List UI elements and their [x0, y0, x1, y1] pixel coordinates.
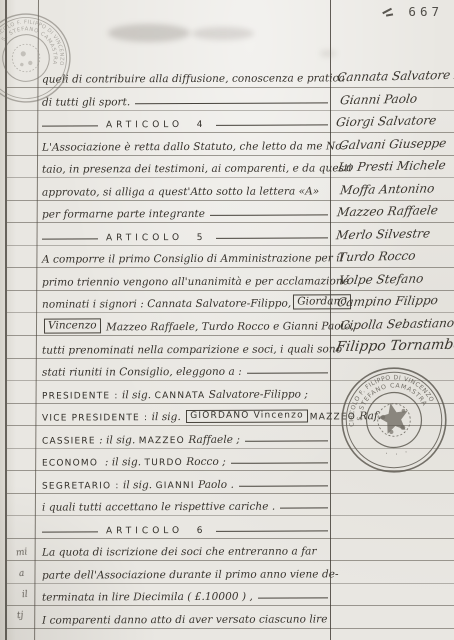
line-dash [42, 531, 98, 532]
line-text: Salvatore-Filippo ; [205, 388, 308, 400]
margin-signature: Gianni Paolo [338, 90, 454, 113]
line-text: parte dell'Associazione durante il primo… [42, 568, 339, 581]
line-text: I comparenti danno atto di aver versato … [42, 613, 328, 626]
margin-signature: Mazzeo Raffaele [335, 203, 454, 226]
stamp-emblem [8, 40, 45, 77]
line-text: Paolo . [195, 478, 234, 490]
document-line: taio, in presenza dei testimoni, ai comp… [42, 157, 330, 179]
document-line: ARTICOLO 5 [42, 224, 330, 246]
margin-signature: Volpe Stefano [337, 271, 454, 294]
line-dash [42, 238, 98, 239]
line-text: La quota di iscrizione dei soci che entr… [42, 546, 317, 559]
line-dash [216, 237, 328, 239]
faded-smudge [320, 50, 336, 57]
line-dash [135, 102, 328, 104]
document-line: PRESIDENTE : il sig. CANNATA Salvatore-F… [42, 382, 330, 404]
document-line: ECONOMO : il sig. TURDO Rocco ; [42, 450, 330, 472]
document-line: di tutti gli sport. [42, 89, 330, 111]
scanned-page: 667 queli di contribuire alla diffusione… [0, 0, 454, 640]
pen-tick [382, 7, 396, 17]
document-line: stati riuniti in Consiglio, eleggono a : [42, 359, 330, 381]
document-line: A comporre il primo Consiglio di Amminis… [42, 247, 330, 269]
document-line: I comparenti danno atto di aver versato … [42, 607, 330, 629]
document-line: La quota di iscrizione dei soci che entr… [42, 540, 330, 562]
page-number: 667 [408, 4, 443, 19]
document-line: primo triennio vengono all'unanimità e p… [42, 269, 330, 291]
line-text: primo triennio vengono all'unanimità e p… [42, 275, 349, 288]
line-text: ARTICOLO 6 [102, 526, 211, 536]
margin-mark: tj [16, 611, 23, 622]
line-text: ECONOMO [42, 459, 98, 469]
line-text: queli di contribuire alla diffusione, co… [42, 72, 345, 85]
document-line: nominati i signori : Cannata Salvatore-F… [42, 292, 330, 314]
line-text: stati riuniti in Consiglio, eleggono a : [42, 366, 242, 379]
margin-signature: Giorgi Salvatore [334, 113, 454, 136]
line-text: TURDO [144, 458, 182, 468]
line-text: : il sig. [96, 434, 139, 446]
boxed-text: Vincenzo [44, 318, 101, 333]
line-dash [239, 485, 328, 487]
margin-mark: il [21, 590, 28, 601]
faded-smudge [108, 24, 190, 42]
document-line: VICE PRESIDENTE : il sig. GIORDANO Vince… [42, 404, 330, 426]
line-text: VICE PRESIDENTE : [42, 413, 148, 423]
line-text: L'Associazione è retta dallo Statuto, ch… [42, 140, 345, 153]
line-text: tutti prenominati nella comparizione e s… [42, 343, 342, 356]
document-line: terminata in lire Diecimila ( £.10000 ) … [42, 585, 330, 607]
margin-signature: Lo Presti Michele [336, 158, 454, 181]
line-dash [210, 214, 328, 216]
document-line: L'Associazione è retta dallo Statuto, ch… [42, 134, 330, 156]
line-dash [216, 124, 328, 126]
line-text: A comporre il primo Consiglio di Amminis… [42, 253, 343, 266]
document-line: ARTICOLO 4 [42, 111, 330, 133]
line-text: il sig. [119, 389, 155, 401]
line-text: SEGRETARIO : [42, 481, 120, 491]
line-text: PRESIDENTE : [42, 391, 119, 401]
margin-mark: a [18, 569, 24, 580]
document-line: ARTICOLO 6 [42, 517, 330, 539]
document-line: queli di contribuire alla diffusione, co… [42, 66, 330, 88]
line-text: il sig. [120, 479, 156, 491]
document-line: parte dell'Associazione durante il primo… [42, 562, 330, 584]
line-text: CASSIERE [42, 436, 96, 446]
margin-signature: Campino Filippo [335, 293, 454, 316]
margin-mark: mi [16, 547, 28, 558]
margin-signature: Turdo Rocco [336, 248, 454, 271]
line-text: nominati i signori : Cannata Salvatore-F… [42, 298, 291, 311]
boxed-text: GIORDANO Vincenzo [186, 410, 308, 424]
line-dash [216, 530, 328, 532]
margin-signature: Cipolla Sebastiano [338, 316, 454, 339]
line-text: GIANNI [156, 481, 195, 491]
document-line: CASSIERE : il sig. MAZZEO Raffaele ; [42, 427, 330, 449]
document-line: Vincenzo Mazzeo Raffaele, Turdo Rocco e … [42, 314, 330, 336]
line-dash [231, 462, 328, 464]
line-text: Mazzeo Raffaele, Turdo Rocco e Gianni Pa… [103, 320, 354, 333]
line-text: il sig. [148, 411, 184, 423]
line-dash [245, 440, 328, 442]
line-text: terminata in lire Diecimila ( £.10000 ) … [42, 591, 253, 604]
document-line: tutti prenominati nella comparizione e s… [42, 337, 330, 359]
stamp-emblem [375, 400, 414, 440]
document-line: approvato, si alliga a quest'Atto sotto … [42, 179, 330, 201]
margin-signature: Galvani Giuseppe [337, 135, 454, 158]
line-text: : il sig. [98, 456, 144, 468]
line-text: ARTICOLO 5 [102, 233, 211, 243]
line-text: Raffaele ; [185, 433, 240, 445]
line-text: CANNATA [155, 391, 206, 401]
line-text: approvato, si alliga a quest'Atto sotto … [42, 185, 319, 198]
document-line: per formarne parte integrante [42, 202, 330, 224]
margin-signature: Cannata Salvatore Filippo [335, 68, 454, 91]
line-text: Rocco ; [183, 456, 226, 468]
line-text: MAZZEO [139, 436, 185, 446]
club-stamp-icon: CIRCOLO F. FILIPPO DI VINCENZO S. STEFAN… [316, 342, 454, 499]
document-line: i quali tutti accettano le rispettive ca… [42, 495, 330, 517]
line-text: ARTICOLO 4 [102, 120, 211, 130]
line-text: per formarne parte integrante [42, 208, 205, 221]
document-line: SEGRETARIO : il sig. GIANNI Paolo . [42, 472, 330, 494]
line-text: i quali tutti accettano le rispettive ca… [42, 501, 275, 514]
faded-smudge [192, 27, 254, 40]
line-dash [258, 598, 328, 599]
margin-signature: Merlo Silvestre [334, 226, 454, 249]
line-dash [280, 507, 328, 508]
line-text: taio, in presenza dei testimoni, ai comp… [42, 162, 352, 175]
margin-signature: Moffa Antonino [338, 180, 454, 203]
